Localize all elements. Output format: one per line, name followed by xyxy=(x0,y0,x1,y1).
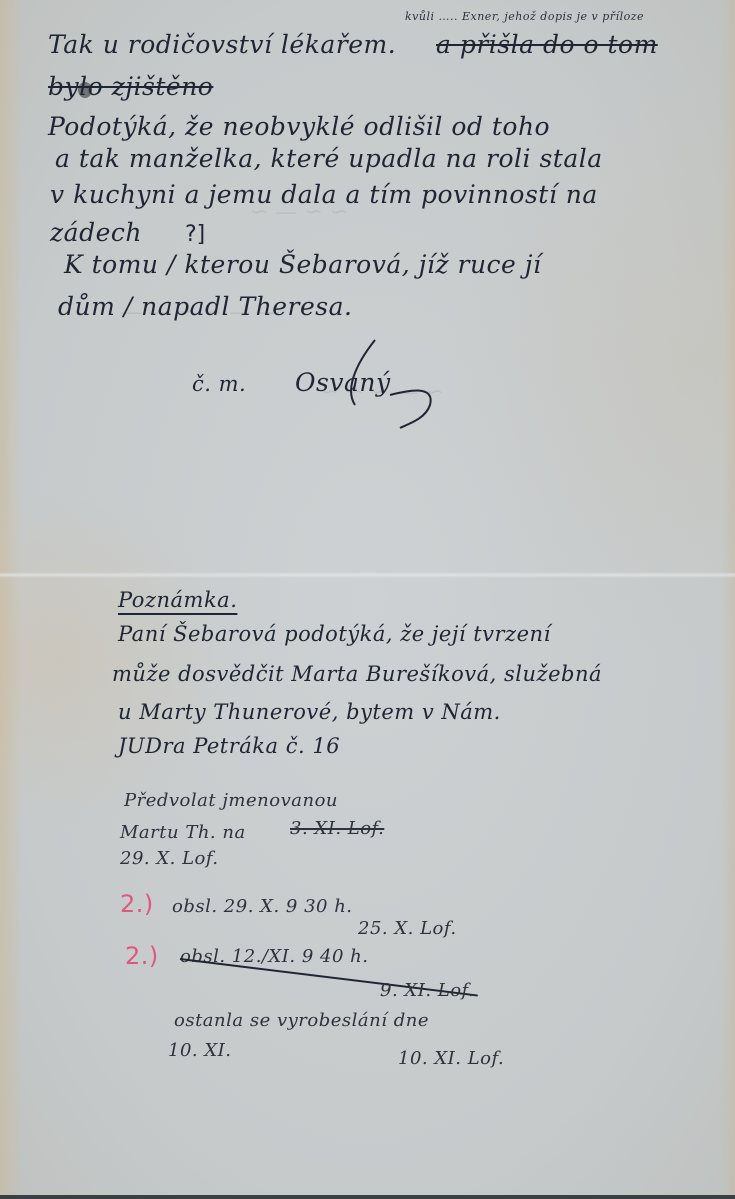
paper-edge-right xyxy=(721,0,735,1199)
line-4: a tak manželka, které upadla na roli sta… xyxy=(55,144,603,173)
note-line-2: může dosvědčit Marta Burešíková, služebn… xyxy=(112,662,602,686)
note-line-1: Paní Šebarová podotýká, že její tvrzení xyxy=(118,622,551,646)
entry-1-marker: 2.) xyxy=(120,890,154,918)
document-page: — — ~ ~ — — ~ — ~ ~ ~ ~ ~ — ~ kvůli ….. … xyxy=(0,0,735,1199)
entry-2-sign: 9. XI. Lof. xyxy=(380,980,474,1001)
summons-line-2-struck: 3. XI. Lof. xyxy=(290,818,384,839)
line-3: Podotýká, že neobvyklé odlišil od toho xyxy=(48,112,550,141)
final-note-sign: 10. XI. Lof. xyxy=(398,1048,504,1069)
line-2-struck: bylo zjištěno xyxy=(48,72,213,101)
entry-2-marker: 2.) xyxy=(125,942,159,970)
final-note-line-1: ostanla se vyrobeslání dne xyxy=(174,1010,429,1031)
note-line-4: JUDra Petráka č. 16 xyxy=(118,734,340,758)
summons-line-3: 29. X. Lof. xyxy=(120,848,219,869)
line-6: zádech xyxy=(50,218,142,247)
signature-prefix: č. m. xyxy=(192,372,246,396)
summons-line-2: Martu Th. na xyxy=(120,822,246,843)
final-note-line-2: 10. XI. xyxy=(168,1040,232,1061)
interlinear-note: kvůli ….. Exner, jehož dopis je v příloz… xyxy=(405,10,644,23)
note-heading: Poznámka. xyxy=(118,588,237,612)
entry-1-text: obsl. 29. X. 9 30 h. xyxy=(172,896,353,917)
line-1-main: Tak u rodičovství lékařem. xyxy=(48,30,396,59)
line-7: K tomu / kterou Šebarová, jíž ruce jí xyxy=(64,250,542,279)
note-line-3: u Marty Thunerové, bytem v Nám. xyxy=(118,700,501,724)
scan-edge xyxy=(0,1195,735,1199)
annotation-mark: ?] xyxy=(185,222,205,247)
summons-line-1: Předvolat jmenovanou xyxy=(124,790,338,811)
entry-1-sign: 25. X. Lof. xyxy=(358,918,457,939)
line-1-struck: a přišla do o tom xyxy=(436,30,658,59)
line-8: dům / napadl Theresa. xyxy=(58,292,352,321)
signature-flourish xyxy=(285,335,445,430)
line-5: v kuchyni a jemu dala a tím povinností n… xyxy=(50,180,598,209)
entry-2-text: obsl. 12./XI. 9 40 h. xyxy=(180,946,368,967)
paper-fold xyxy=(0,572,735,578)
paper-edge-left xyxy=(0,0,22,1199)
